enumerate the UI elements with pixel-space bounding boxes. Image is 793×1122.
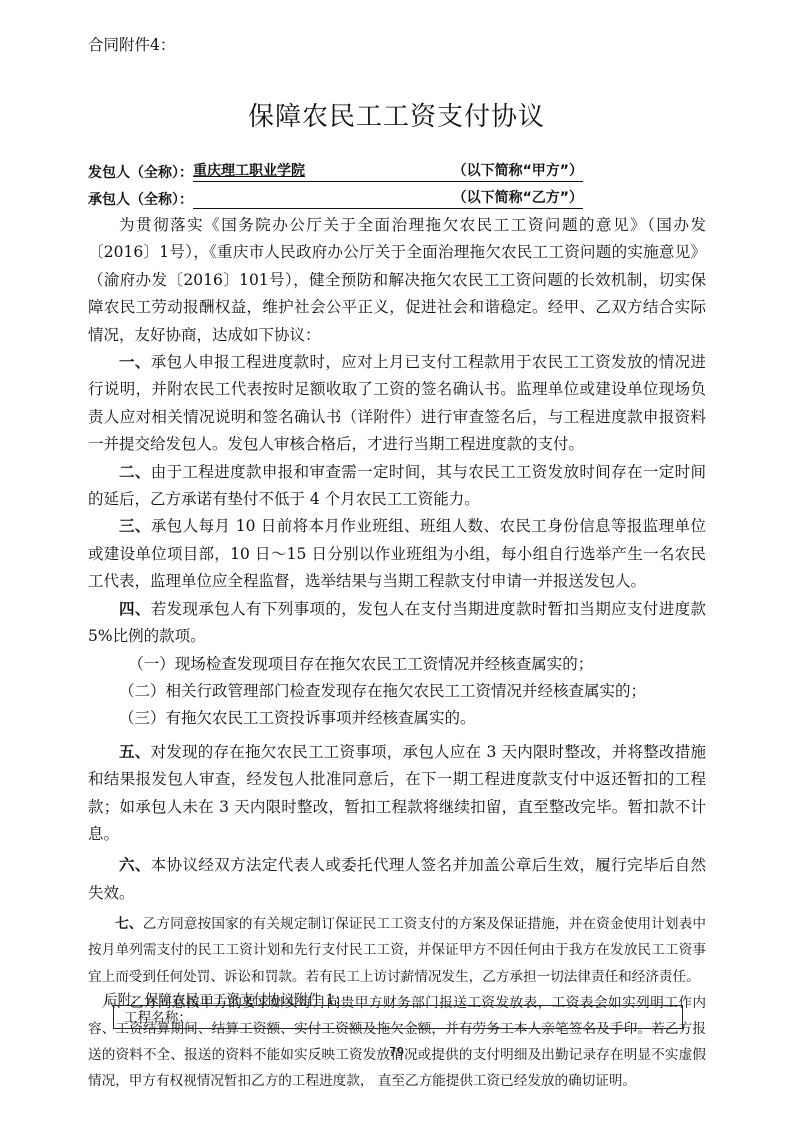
employer-label: 发包人（全称）： — [88, 162, 193, 182]
employer-alias: （以下简称“甲方”） — [453, 160, 583, 180]
clause-text: 若发现承包人有下列事项的，发包人在支付当期进度款时暂扣当期应支付进度款5%比例的… — [88, 600, 706, 645]
project-name-label: 工程名称： — [124, 1010, 192, 1026]
clause-text: 本协议经双方法定代表人或委托代理人签名并加盖公章后生效，履行完毕后自然失效。 — [88, 856, 706, 901]
contractor-label: 承包人（全称）： — [88, 189, 193, 209]
clause-1: 一、承包人申报工程进度款时，应对上月已支付工程款用于农民工工资发放的情况进行说明… — [88, 349, 706, 459]
clause-text: 对发现的存在拖欠农民工工资事项，承包人应在 3 天内限时整改，并将整改措施和结果… — [88, 743, 706, 843]
clause-text: 承包人每月 10 日前将本月作业班组、班组人数、农民工身份信息等报监理单位或建设… — [88, 517, 706, 590]
contractor-line: 承包人（全称）： （以下简称“乙方”） — [88, 187, 583, 209]
clause-text: 由于工程进度款申报和审查需一定时间，其与农民工工资发放时间存在一定时间的延后，乙… — [88, 463, 706, 508]
clause-number: 七、 — [115, 916, 143, 932]
agreement-body: 为贯彻落实《国务院办公厅关于全面治理拖欠农民工工资问题的意见》（国办发〔2016… — [88, 212, 706, 1095]
clause-number: 六、 — [119, 856, 151, 874]
document-page: 合同附件4： 保障农民工工资支付协议 发包人（全称）： 重庆理工职业学院 （以下… — [0, 0, 793, 1122]
clause-6: 六、本协议经双方法定代表人或委托代理人签名并加盖公章后生效，履行完毕后自然失效。 — [88, 852, 706, 907]
clause-3: 三、承包人每月 10 日前将本月作业班组、班组人数、农民工身份信息等报监理单位或… — [88, 513, 706, 595]
clause-number: 一、 — [119, 353, 151, 371]
clause-text: 乙方同意按国家的有关规定制订保证民工工资支付的方案及保证措施，并在资金使用计划表… — [88, 916, 706, 984]
sub-item-1: （一）现场检查发现项目存在拖欠农民工工资情况并经核查属实的； — [88, 651, 706, 678]
annex-label: 合同附件4： — [88, 33, 175, 55]
sub-item-3: （三）有拖欠农民工工资投诉事项并经核查属实的。 — [88, 705, 706, 732]
contractor-field: （以下简称“乙方”） — [193, 187, 583, 209]
contractor-alias: （以下简称“乙方”） — [453, 187, 583, 207]
clause-number: 五、 — [119, 743, 151, 761]
clause-number: 四、 — [119, 600, 151, 618]
employer-field: 重庆理工职业学院 （以下简称“甲方”） — [193, 160, 583, 182]
sub-item-2: （二）相关行政管理部门检查发现存在拖欠农民工工资情况并经核查属实的； — [88, 678, 706, 705]
clause-4: 四、若发现承包人有下列事项的，发包人在支付当期进度款时暂扣当期应支付进度款5%比… — [88, 596, 706, 651]
clause-number: 二、 — [119, 463, 151, 481]
document-title: 保障农民工工资支付协议 — [0, 96, 793, 133]
clause-text: 承包人申报工程进度款时，应对上月已支付工程款用于农民工工资发放的情况进行说明，并… — [88, 353, 706, 453]
project-name-field[interactable]: 工程名称： — [113, 1005, 683, 1029]
clause-2: 二、由于工程进度款申报和审查需一定时间，其与农民工工资发放时间存在一定时间的延后… — [88, 459, 706, 514]
page-number: 79 — [0, 1045, 793, 1059]
clause-number: 三、 — [119, 517, 151, 535]
employer-name: 重庆理工职业学院 — [193, 160, 305, 180]
employer-line: 发包人（全称）： 重庆理工职业学院 （以下简称“甲方”） — [88, 160, 583, 182]
clause-5: 五、对发现的存在拖欠农民工工资事项，承包人应在 3 天内限时整改，并将整改措施和… — [88, 739, 706, 849]
clause-7: 七、乙方同意按国家的有关规定制订保证民工工资支付的方案及保证措施，并在资金使用计… — [88, 911, 706, 990]
preamble: 为贯彻落实《国务院办公厅关于全面治理拖欠农民工工资问题的意见》（国办发〔2016… — [88, 212, 706, 349]
